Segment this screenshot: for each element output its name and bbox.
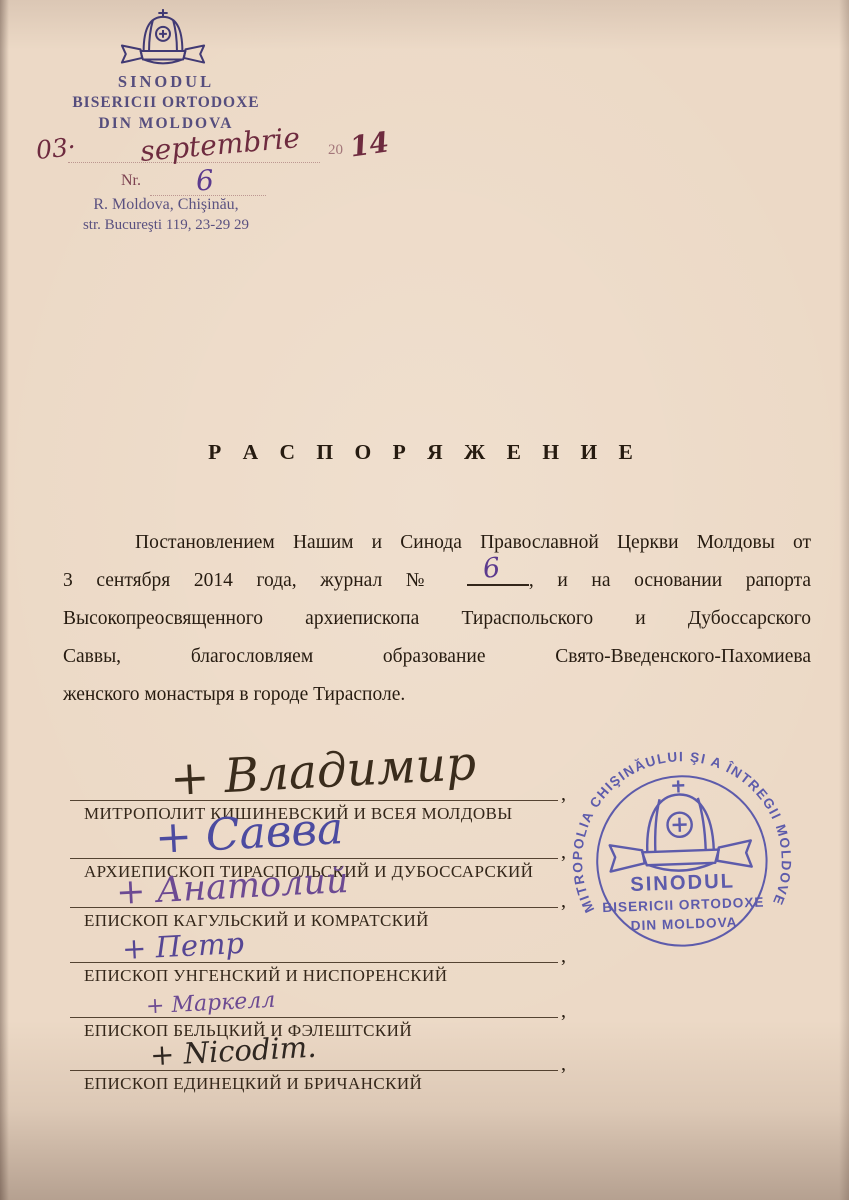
nr-label: Nr.	[121, 172, 141, 190]
body-line-2-post: , и на основании рапорта	[529, 570, 811, 591]
stamp-center-line2: BISERICII ORTODOXE	[602, 895, 765, 916]
date-day-handwritten: 03·	[35, 132, 78, 165]
body-line-2: 3 сентября 2014 года, журнал № 6, и на о…	[63, 562, 811, 600]
stamp-center-line1: SINODUL	[630, 870, 736, 896]
signature-script: + Маркелл	[145, 988, 275, 1020]
journal-number-handwritten: 6	[481, 549, 502, 589]
nr-value-handwritten: 6	[195, 163, 215, 197]
document-scan: SINODUL BISERICII ORTODOXE DIN MOLDOVA 0…	[0, 0, 849, 1200]
signature-line	[70, 907, 558, 908]
signature-line	[70, 800, 558, 801]
address-line2: str. Bucureşti 119, 23-29 29	[20, 217, 312, 234]
address-line1: R. Moldova, Chişinău,	[20, 196, 312, 214]
org-name-line2: BISERICII ORTODOXE	[20, 94, 312, 112]
date-year-handwritten: 14	[348, 125, 391, 163]
document-title: Р А С П О Р Я Ж Е Н И Е	[0, 440, 849, 465]
stamp-center-line3: DIN MOLDOVA	[630, 915, 737, 934]
signature-script: + Nicodim.	[149, 1030, 317, 1073]
signature-line-comma: ,	[561, 1053, 566, 1076]
signature-script: + Петр	[121, 926, 245, 966]
date-year-printed: 20	[328, 142, 343, 159]
body-line-2-pre: 3 сентября 2014 года, журнал №	[63, 570, 443, 591]
signature-script: + Анатолий	[115, 861, 349, 913]
journal-number-field: 6	[467, 566, 529, 586]
body-line-1: Постановлением Нашим и Синода Православн…	[63, 524, 811, 562]
body-line-5: женского монастыря в городе Тирасполе.	[63, 676, 811, 714]
signature-script: + Владимир	[169, 736, 478, 807]
letterhead: SINODUL BISERICII ORTODOXE DIN MOLDOVA 0…	[0, 0, 420, 250]
signature-row-bishop-edinet: + Nicodim. , ЕПИСКОП ЕДИНЕЦКИЙ И БРИЧАНС…	[70, 1020, 580, 1100]
org-name-line1: SINODUL	[20, 72, 312, 92]
signature-line	[70, 1070, 558, 1071]
body-line-4: Саввы, благословляем образование Свято-В…	[63, 638, 811, 676]
body-line-3: Высокопреосвященного архиепископа Тирасп…	[63, 600, 811, 638]
signature-line	[70, 962, 558, 963]
signature-title: ЕПИСКОП ЕДИНЕЦКИЙ И БРИЧАНСКИЙ	[84, 1074, 422, 1094]
letterhead-crown-icon	[104, 6, 222, 68]
signature-script: + Савва	[154, 803, 345, 864]
signature-line	[70, 1017, 558, 1018]
synod-round-stamp: MITROPOLIA CHIŞINĂULUI ŞI A ÎNTREGII MOL…	[552, 734, 813, 995]
